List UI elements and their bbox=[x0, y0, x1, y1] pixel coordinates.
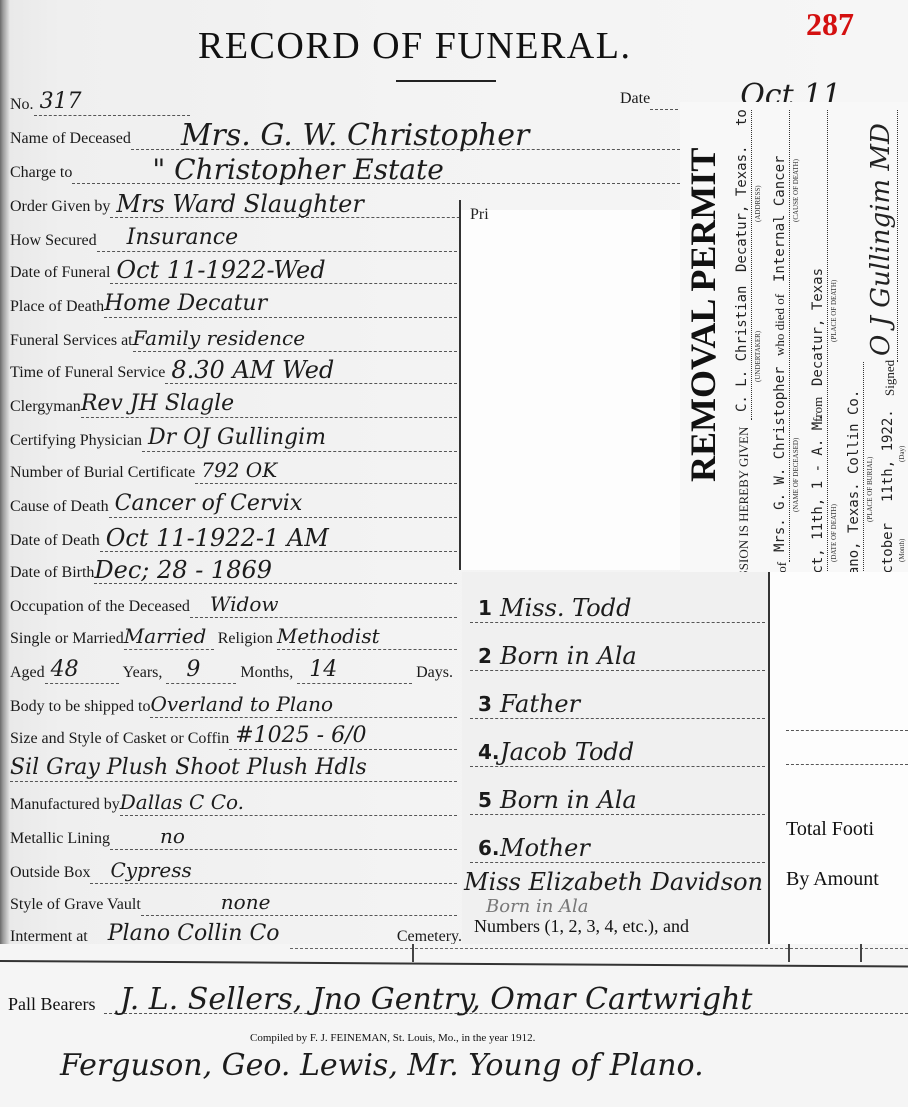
field-label: Clergyman bbox=[10, 398, 81, 418]
time-of-funeral-service-field: Time of Funeral Service 8.30 AM Wed bbox=[10, 358, 457, 384]
field-label: Funeral Services at bbox=[10, 332, 133, 352]
field-label: Style of Grave Vault bbox=[10, 896, 141, 916]
day-caption: (Day) bbox=[898, 446, 906, 462]
single-married-label: Single or Married bbox=[10, 630, 124, 650]
row-value: Jacob Todd bbox=[500, 738, 634, 766]
field-value: Cancer of Cervix bbox=[115, 491, 303, 517]
month-caption: (Month) bbox=[898, 539, 906, 562]
field-label: Date of Death bbox=[10, 532, 100, 552]
blank-area bbox=[461, 210, 681, 570]
family-row-2: 2 Born in Ala bbox=[470, 630, 765, 671]
family-row-4: 4. Jacob Todd bbox=[470, 726, 765, 767]
footing-dash bbox=[786, 730, 908, 731]
field-label: Manufactured by bbox=[10, 796, 120, 816]
permit-month: October bbox=[880, 523, 896, 572]
signed-label: Signed bbox=[882, 360, 898, 396]
permit-date-of-death: Oct, 11th, 1 - A. M. bbox=[810, 413, 826, 572]
months-value: 9 bbox=[186, 657, 200, 683]
days-label: Days. bbox=[412, 664, 457, 684]
field-label: Name of Deceased bbox=[10, 130, 131, 150]
compiled-by-credit: Compiled by F. J. FEINEMAN, St. Louis, M… bbox=[250, 1032, 535, 1044]
field-value: Insurance bbox=[127, 225, 238, 251]
years-value: 48 bbox=[51, 657, 79, 683]
field-value: Sil Gray Plush Shoot Plush Hdls bbox=[10, 755, 367, 781]
row-value: Born in Ala bbox=[500, 786, 637, 814]
years-label: Years, bbox=[119, 664, 167, 684]
field-value: #1025 - 6/0 bbox=[235, 723, 366, 749]
field-value: Overland to Plano bbox=[150, 691, 333, 717]
field-label: How Secured bbox=[10, 232, 97, 252]
field-label: Date of Birth bbox=[10, 564, 94, 584]
who-died-of-label: who died of bbox=[772, 294, 788, 356]
pall-bearers-label: Pall Bearers bbox=[8, 994, 95, 1015]
ledger-tick bbox=[412, 944, 414, 962]
place-caption: (PLACE OF DEATH) bbox=[830, 280, 838, 342]
field-value: Mrs. G. W. Christopher bbox=[181, 123, 530, 149]
row-number: 1 bbox=[478, 596, 492, 620]
cause-caption: (CAUSE OF DEATH) bbox=[792, 159, 800, 222]
marital-religion-field: Single or Married Married Religion Metho… bbox=[10, 624, 457, 650]
family-row-5: 5 Born in Ala bbox=[470, 774, 765, 815]
ledger-tick bbox=[788, 944, 790, 962]
casket-description-line: Sil Gray Plush Shoot Plush Hdls bbox=[10, 756, 457, 782]
permit-deceased: Mrs. G. W. Christopher bbox=[772, 367, 788, 552]
by-amount-label: By Amount bbox=[786, 868, 879, 891]
field-value: Dec; 28 - 1869 bbox=[94, 557, 272, 583]
permit-rule bbox=[826, 110, 828, 572]
permit-day: 11th, 1922. bbox=[880, 409, 896, 502]
field-value: Dallas C Co. bbox=[120, 789, 244, 815]
ledger-dashes bbox=[290, 948, 908, 949]
record-number-label: No. bbox=[10, 96, 34, 116]
field-label: Body to be shipped to bbox=[10, 698, 150, 718]
inset-divider bbox=[768, 572, 770, 944]
field-value: Rev JH Slagle bbox=[81, 391, 234, 417]
permit-place-of-death: Decatur, Texas bbox=[810, 268, 826, 386]
field-value: Mrs Ward Slaughter bbox=[116, 191, 363, 217]
field-label: Outside Box bbox=[10, 864, 90, 884]
field-value: none bbox=[221, 889, 271, 915]
grave-vault-field: Style of Grave Vault none bbox=[10, 890, 457, 916]
certifying-physician-field: Certifying Physician Dr OJ Gullingim bbox=[10, 426, 457, 452]
field-label: Metallic Lining bbox=[10, 830, 110, 850]
metallic-lining-field: Metallic Lining no bbox=[10, 824, 457, 850]
family-row-6: 6. Mother bbox=[470, 822, 765, 863]
date-of-death-field: Date of Death Oct 11-1922-1 AM bbox=[10, 526, 457, 552]
field-value: Family residence bbox=[133, 325, 305, 351]
months-label: Months, bbox=[236, 664, 297, 684]
row-value: Mother bbox=[500, 834, 590, 862]
funeral-services-at-field: Funeral Services at Family residence bbox=[10, 326, 457, 352]
document-title: RECORD OF FUNERAL. bbox=[198, 24, 631, 68]
permit-rule bbox=[862, 362, 864, 572]
row-number: 2 bbox=[478, 644, 492, 668]
aged-label: Aged bbox=[10, 664, 45, 684]
total-footing-label: Total Footi bbox=[786, 818, 874, 841]
field-label: Number of Burial Certificate bbox=[10, 464, 195, 484]
field-value: Cypress bbox=[110, 857, 191, 883]
field-label: Time of Funeral Service bbox=[10, 364, 165, 384]
field-value: Oct 11-1922-Wed bbox=[116, 257, 325, 283]
clergyman-field: Clergyman Rev JH Slagle bbox=[10, 392, 457, 418]
mother-name: Miss Elizabeth Davidson bbox=[464, 868, 763, 896]
place-of-death-field: Place of Death Home Decatur bbox=[10, 292, 457, 318]
field-label: Cause of Death bbox=[10, 498, 109, 518]
burial-caption: (PLACE OF BURIAL) bbox=[866, 457, 874, 522]
family-row-1: 1 Miss. Todd bbox=[470, 582, 765, 623]
age-field: Aged 48 Years, 9 Months, 14 Days. bbox=[10, 658, 457, 684]
date-label: Date bbox=[620, 90, 650, 110]
single-married-value: Married bbox=[124, 623, 207, 649]
permit-rule bbox=[896, 110, 898, 362]
record-number-field: No. 317 bbox=[10, 90, 190, 116]
page-number: 287 bbox=[806, 6, 854, 43]
permit-rule bbox=[788, 110, 790, 562]
family-row-3: 3 Father bbox=[470, 678, 765, 719]
date-of-funeral-field: Date of Funeral Oct 11-1922-Wed bbox=[10, 258, 457, 284]
removal-permit: REMOVAL PERMIT RMISSION IS HEREBY GIVEN … bbox=[680, 102, 908, 572]
footing-dash bbox=[786, 764, 908, 765]
field-value: Oct 11-1922-1 AM bbox=[106, 525, 329, 551]
row-number: 5 bbox=[478, 788, 492, 812]
title-underline bbox=[396, 80, 496, 82]
row-number: 6. bbox=[478, 836, 500, 860]
date-of-birth-field: Date of Birth Dec; 28 - 1869 bbox=[10, 558, 457, 584]
address-caption: (ADDRESS) bbox=[754, 185, 762, 222]
field-label: Charge to bbox=[10, 164, 72, 184]
registrar-signature: O J Gullingim MD bbox=[866, 123, 896, 356]
field-value: 8.30 AM Wed bbox=[171, 357, 334, 383]
body-of-label: body of bbox=[774, 562, 790, 572]
field-label: Size and Style of Casket or Coffin bbox=[10, 730, 229, 750]
field-label: Certifying Physician bbox=[10, 432, 142, 452]
field-label: Occupation of the Deceased bbox=[10, 598, 190, 618]
row-number: 4. bbox=[478, 740, 500, 764]
name-of-deceased-field: Name of Deceased Mrs. G. W. Christopher bbox=[10, 124, 680, 150]
from-label: from bbox=[810, 397, 826, 422]
religion-label: Religion bbox=[214, 630, 277, 650]
permit-prefix: RMISSION IS HEREBY GIVEN bbox=[736, 427, 752, 572]
permit-address: Decatur, Texas. bbox=[734, 146, 750, 272]
field-value: Widow bbox=[210, 591, 279, 617]
mother-birthplace: Born in Ala bbox=[486, 896, 589, 917]
numbers-instruction: Numbers (1, 2, 3, 4, etc.), and bbox=[474, 916, 689, 937]
permit-cause: Internal Cancer bbox=[772, 156, 788, 282]
occupation-field: Occupation of the Deceased Widow bbox=[10, 592, 457, 618]
religion-value: Methodist bbox=[277, 623, 380, 649]
row-number: 3 bbox=[478, 692, 492, 716]
field-value: no bbox=[160, 823, 185, 849]
row-value: Born in Ala bbox=[500, 642, 637, 670]
order-given-by-field: Order Given by Mrs Ward Slaughter bbox=[10, 192, 490, 218]
pall-bearers-line1: J. L. Sellers, Jno Gentry, Omar Cartwrig… bbox=[120, 982, 752, 1017]
ledger-tick bbox=[860, 944, 862, 962]
permit-rule bbox=[750, 110, 752, 420]
burial-certificate-number-field: Number of Burial Certificate 792 OK bbox=[10, 458, 457, 484]
partial-label: Pri bbox=[470, 206, 489, 224]
field-label: Date of Funeral bbox=[10, 264, 110, 284]
permit-burial-place: Plano, Texas. Collin Co. bbox=[846, 390, 862, 572]
field-value: Dr OJ Gullingim bbox=[148, 425, 326, 451]
field-value: 792 OK bbox=[201, 457, 277, 483]
body-shipped-to-field: Body to be shipped to Overland to Plano bbox=[10, 692, 457, 718]
charge-to-field: Charge to " Christopher Estate bbox=[10, 158, 680, 184]
row-value: Miss. Todd bbox=[500, 594, 631, 622]
outside-box-field: Outside Box Cypress bbox=[10, 858, 457, 884]
how-secured-field: How Secured Insurance bbox=[10, 226, 457, 252]
undertaker-caption: (UNDERTAKER) bbox=[754, 331, 762, 382]
field-value: Home Decatur bbox=[104, 291, 267, 317]
field-label: Place of Death bbox=[10, 298, 104, 318]
date-caption: (DATE OF DEATH) bbox=[830, 504, 838, 562]
casket-field: Size and Style of Casket or Coffin #1025… bbox=[10, 724, 457, 750]
deceased-caption: (NAME OF DECEASED) bbox=[792, 438, 800, 512]
permit-to: to 1 bbox=[734, 102, 750, 126]
cause-of-death-field: Cause of Death Cancer of Cervix bbox=[10, 492, 457, 518]
row-value: Father bbox=[500, 690, 580, 718]
field-label: Order Given by bbox=[10, 198, 110, 218]
pall-bearers-line2: Ferguson, Geo. Lewis, Mr. Young of Plano… bbox=[60, 1048, 704, 1083]
record-number-value: 317 bbox=[40, 89, 82, 115]
days-value: 14 bbox=[309, 657, 337, 683]
permit-title: REMOVAL PERMIT bbox=[682, 148, 724, 482]
field-value: " Christopher Estate bbox=[152, 157, 443, 183]
manufactured-by-field: Manufactured by Dallas C Co. bbox=[10, 790, 457, 816]
permit-undertaker: C. L. Christian bbox=[734, 286, 750, 412]
column-divider bbox=[459, 200, 461, 570]
